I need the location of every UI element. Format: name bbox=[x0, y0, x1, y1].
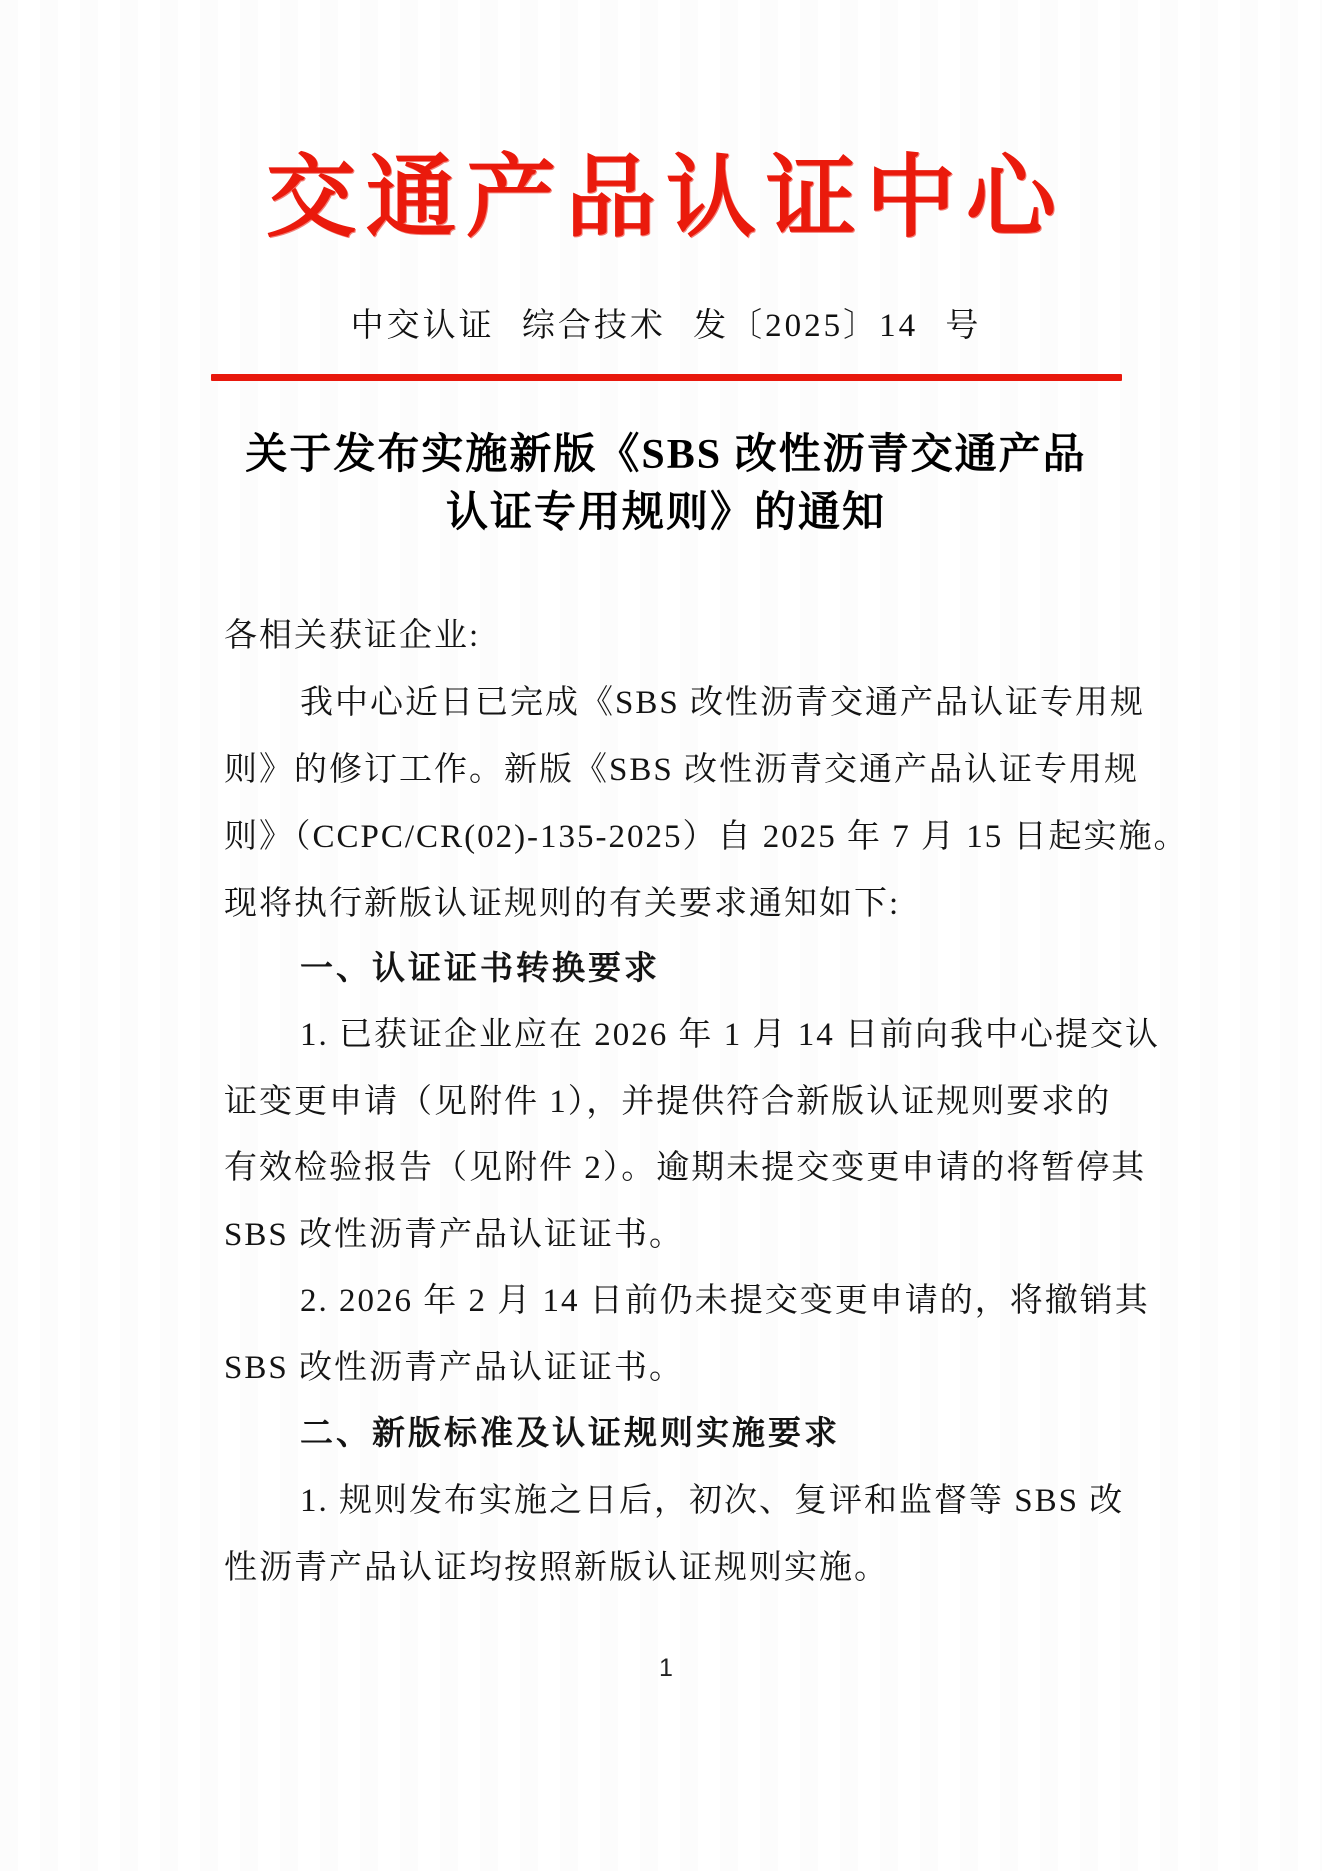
body-line: 则》（CCPC/CR(02)-135-2025）自 2025 年 7 月 15 … bbox=[224, 816, 1129, 858]
page-number: 1 bbox=[210, 1654, 1122, 1683]
body-line: SBS 改性沥青产品认证证书。 bbox=[224, 1347, 1129, 1389]
body-line: 现将执行新版认证规则的有关要求通知如下: bbox=[224, 883, 1129, 925]
body-line: 我中心近日已完成《SBS 改性沥青交通产品认证专用规 bbox=[224, 682, 1205, 724]
body-line: SBS 改性沥青产品认证证书。 bbox=[224, 1214, 1129, 1256]
body-line: 1. 已获证企业应在 2026 年 1 月 14 日前向我中心提交认 bbox=[224, 1014, 1205, 1056]
body-line: 性沥青产品认证均按照新版认证规则实施。 bbox=[224, 1547, 1129, 1589]
scanned-notice-page: 交通产品认证中心 中交认证 综合技术 发〔2025〕14 号 关于发布实施新版《… bbox=[0, 0, 1322, 1871]
document-body: 各相关获证企业: 我中心近日已完成《SBS 改性沥青交通产品认证专用规 则》的修… bbox=[224, 0, 1129, 1871]
section-heading-1: 一、认证证书转换要求 bbox=[224, 947, 1205, 989]
section-heading-2: 二、新版标准及认证规则实施要求 bbox=[224, 1412, 1205, 1454]
salutation-line: 各相关获证企业: bbox=[224, 615, 1129, 657]
body-line: 则》的修订工作。新版《SBS 改性沥青交通产品认证专用规 bbox=[224, 749, 1129, 791]
body-line: 有效检验报告（见附件 2）。逾期未提交变更申请的将暂停其 bbox=[224, 1147, 1129, 1189]
body-line: 2. 2026 年 2 月 14 日前仍未提交变更申请的，将撤销其 bbox=[224, 1280, 1205, 1322]
body-line: 1. 规则发布实施之日后，初次、复评和监督等 SBS 改 bbox=[224, 1480, 1205, 1522]
body-line: 证变更申请（见附件 1），并提供符合新版认证规则要求的 bbox=[224, 1081, 1129, 1123]
